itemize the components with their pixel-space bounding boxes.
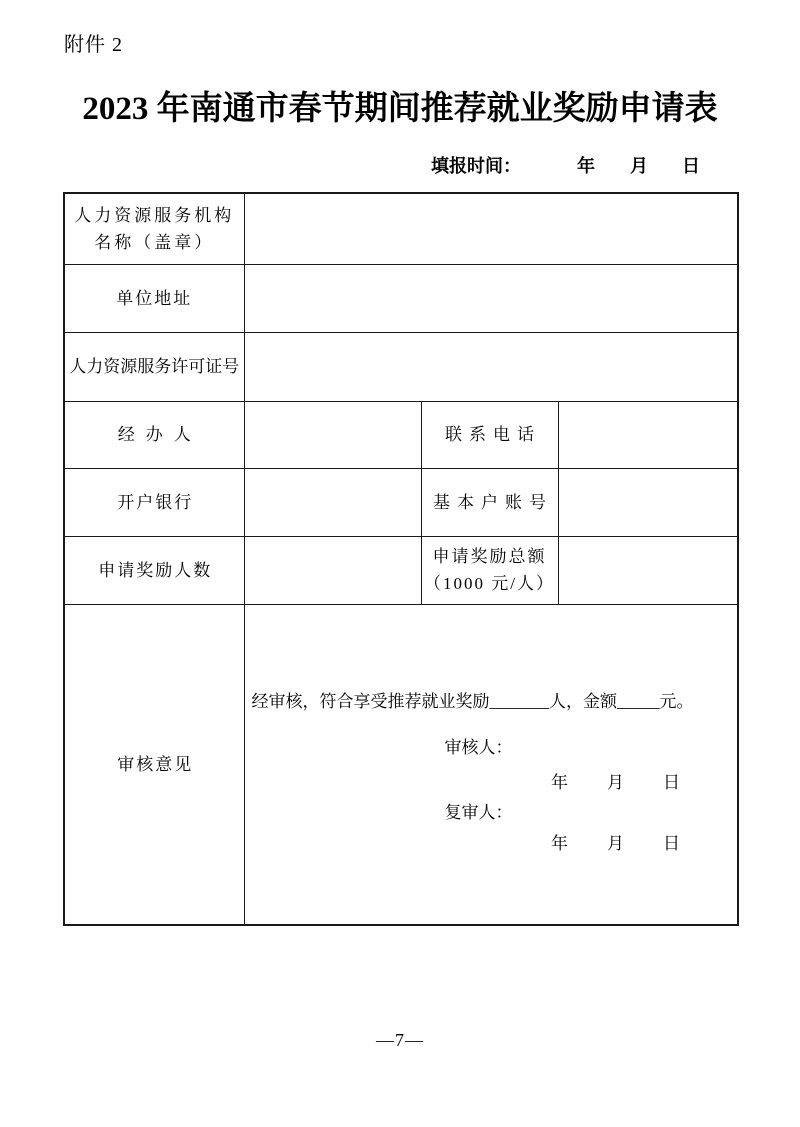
re-reviewer-date-year-placeholder: 年 bbox=[551, 834, 568, 853]
fill-time-month-placeholder: 月 bbox=[630, 156, 648, 176]
row-license-number: 人力资源服务许可证号 bbox=[64, 332, 738, 401]
unit-address-value-cell bbox=[244, 264, 738, 332]
reviewer-date-day-placeholder: 日 bbox=[663, 773, 680, 792]
license-number-label-cell: 人力资源服务许可证号 bbox=[64, 332, 244, 401]
bank-value-cell bbox=[244, 468, 421, 536]
reward-count-value-cell bbox=[244, 536, 421, 604]
fill-time-line: 填报时间：年月日 bbox=[63, 152, 700, 178]
reviewer-date-month-placeholder: 月 bbox=[607, 773, 624, 792]
unit-address-label-cell: 单位地址 bbox=[64, 264, 244, 332]
re-reviewer-label: 复审人： bbox=[445, 798, 513, 823]
reward-count-label-cell: 申请奖励人数 bbox=[64, 536, 244, 604]
org-name-value-cell bbox=[244, 193, 738, 264]
contact-phone-label-cell: 联系电话 bbox=[421, 401, 558, 468]
row-unit-address: 单位地址 bbox=[64, 264, 738, 332]
reward-total-value-cell bbox=[558, 536, 738, 604]
org-name-label-cell: 人力资源服务机构 名称（盖章） bbox=[64, 193, 244, 264]
review-opinion-label-cell: 审核意见 bbox=[64, 604, 244, 925]
bank-label-cell: 开户银行 bbox=[64, 468, 244, 536]
account-number-value-cell bbox=[558, 468, 738, 536]
review-opinion-content-cell: 经审核，符合享受推荐就业奖励_______人，金额_____元。 审核人： 年月… bbox=[244, 604, 738, 925]
application-form-table: 人力资源服务机构 名称（盖章） 单位地址 人力资源服务许可证号 经办人 联系电话… bbox=[63, 192, 739, 926]
review-statement: 经审核，符合享受推荐就业奖励_______人，金额_____元。 bbox=[252, 687, 694, 712]
page-number: —7— bbox=[0, 1030, 800, 1051]
fill-time-year-placeholder: 年 bbox=[577, 156, 595, 176]
re-reviewer-date-day-placeholder: 日 bbox=[663, 834, 680, 853]
handler-label-cell: 经办人 bbox=[64, 401, 244, 468]
contact-phone-value-cell bbox=[558, 401, 738, 468]
fill-time-day-placeholder: 日 bbox=[682, 156, 700, 176]
attachment-label: 附件 2 bbox=[64, 28, 123, 57]
re-reviewer-date-month-placeholder: 月 bbox=[607, 834, 624, 853]
row-reward-count-total: 申请奖励人数 申请奖励总额 （1000 元/人） bbox=[64, 536, 738, 604]
account-number-label-cell: 基本户账号 bbox=[421, 468, 558, 536]
reviewer-date-line: 年月日 bbox=[551, 768, 680, 793]
row-review-opinion: 审核意见 经审核，符合享受推荐就业奖励_______人，金额_____元。 审核… bbox=[64, 604, 738, 925]
page-title: 2023 年南通市春节期间推荐就业奖励申请表 bbox=[0, 88, 800, 130]
row-bank-account: 开户银行 基本户账号 bbox=[64, 468, 738, 536]
handler-value-cell bbox=[244, 401, 421, 468]
row-org-name: 人力资源服务机构 名称（盖章） bbox=[64, 193, 738, 264]
row-handler-phone: 经办人 联系电话 bbox=[64, 401, 738, 468]
license-number-value-cell bbox=[244, 332, 738, 401]
re-reviewer-date-line: 年月日 bbox=[551, 829, 680, 854]
reward-total-label-cell: 申请奖励总额 （1000 元/人） bbox=[421, 536, 558, 604]
fill-time-label: 填报时间： bbox=[431, 156, 521, 176]
reviewer-label: 审核人： bbox=[445, 733, 513, 758]
reviewer-date-year-placeholder: 年 bbox=[551, 773, 568, 792]
